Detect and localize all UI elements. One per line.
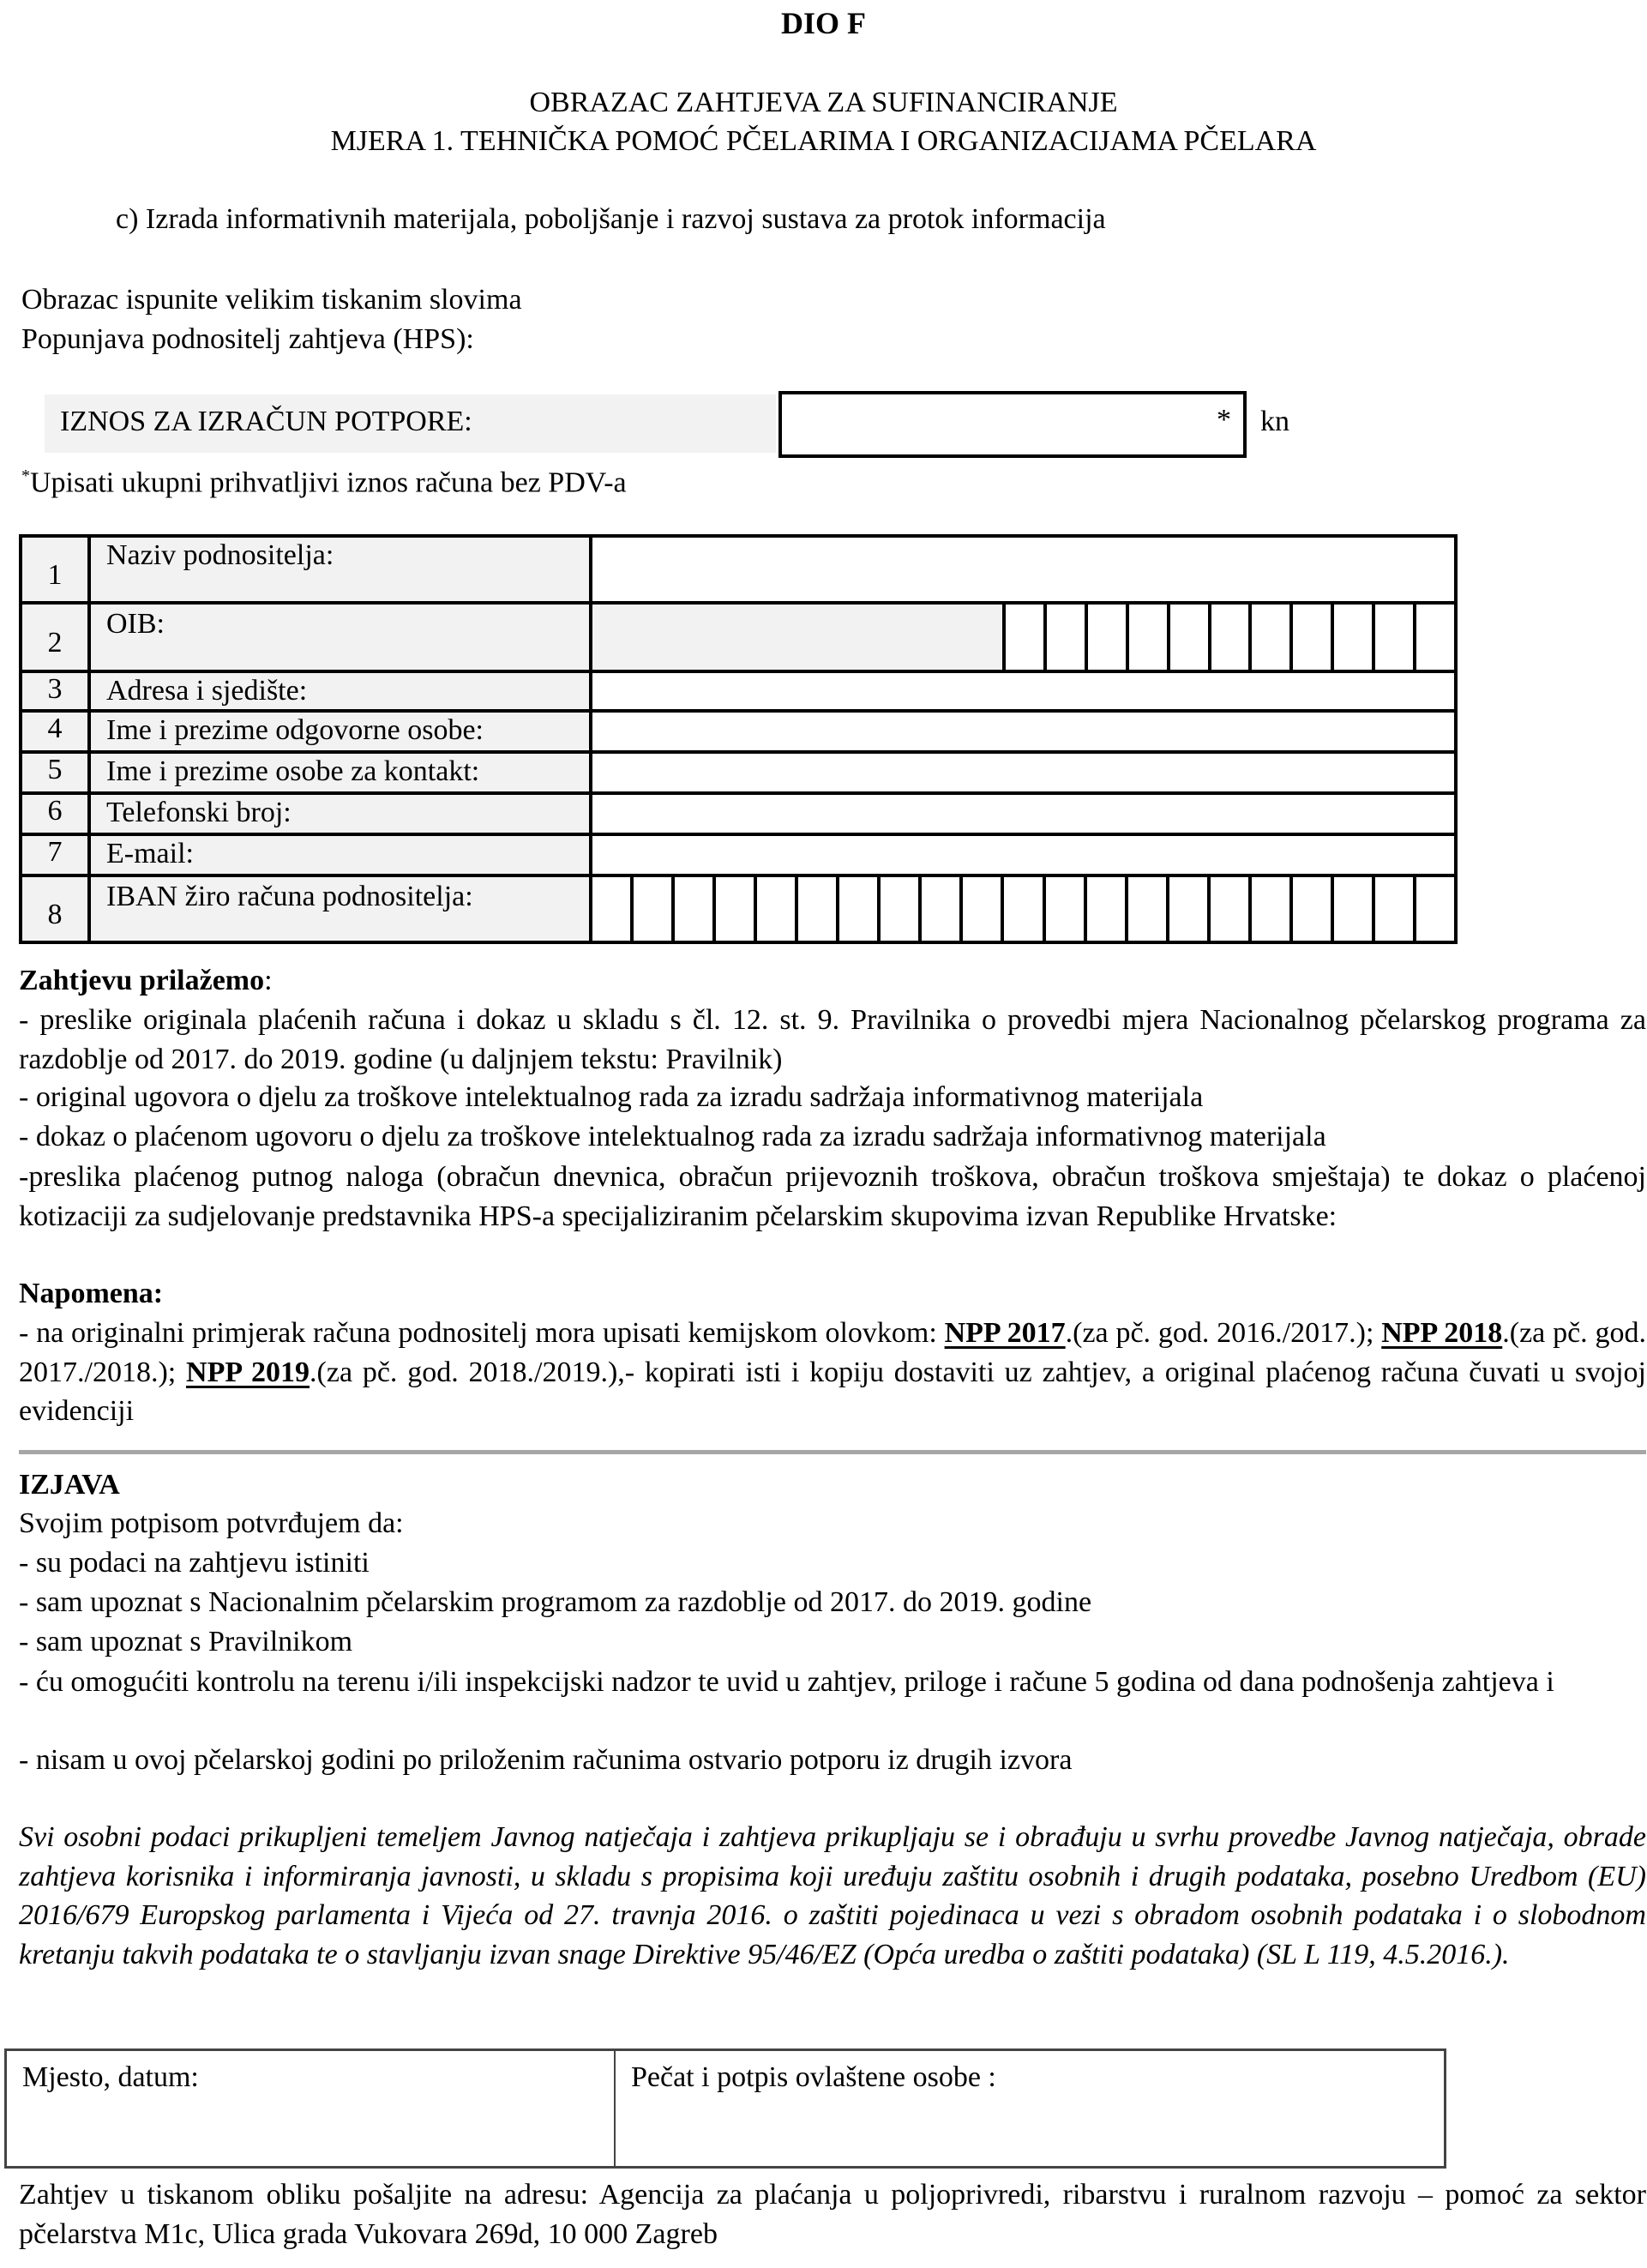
row-number: 5	[21, 752, 89, 793]
row-number: 8	[21, 875, 89, 942]
digit-box[interactable]	[959, 877, 1001, 941]
applicant-row: 8IBAN žiro računa podnositelja:	[21, 875, 1456, 942]
digit-box[interactable]	[795, 877, 836, 941]
digit-box[interactable]	[877, 877, 918, 941]
section-divider	[19, 1450, 1646, 1454]
row-label: Telefonski broj:	[89, 793, 591, 834]
amount-asterisk: *	[1217, 401, 1231, 439]
amount-footnote: *Upisati ukupni prihvatljivi iznos račun…	[21, 457, 627, 502]
row-label: Ime i prezime odgovorne osobe:	[89, 711, 591, 752]
row-number: 2	[21, 603, 89, 671]
row-label: E-mail:	[89, 834, 591, 875]
row-label: Adresa i sjedište:	[89, 671, 591, 711]
digit-box[interactable]	[1372, 605, 1413, 670]
digit-box[interactable]	[754, 877, 795, 941]
digit-box[interactable]	[1413, 877, 1454, 941]
measure-title: MJERA 1. TEHNIČKA POMOĆ PČELARIMA I ORGA…	[0, 123, 1647, 160]
applicant-row: 2OIB:	[21, 603, 1456, 671]
oib-spacer	[591, 603, 1004, 671]
applicant-row: 4Ime i prezime odgovorne osobe:	[21, 711, 1456, 752]
declaration-item-2: - sam upoznat s Nacionalnim pčelarskim p…	[19, 1584, 1091, 1621]
npp-2018: NPP 2018	[1381, 1317, 1502, 1349]
digit-box[interactable]	[630, 877, 671, 941]
digit-box[interactable]	[1043, 605, 1085, 670]
note-text: - na originalni primjerak računa podnosi…	[19, 1314, 1646, 1431]
digit-box[interactable]	[712, 877, 754, 941]
place-date-label: Mjesto, datum:	[22, 2061, 199, 2093]
place-date-cell[interactable]: Mjesto, datum:	[7, 2051, 616, 2166]
row-value-input[interactable]	[591, 711, 1456, 752]
digit-box[interactable]	[1166, 877, 1207, 941]
npp-2017-suffix: .(za pč. god. 2016./2017.);	[1066, 1317, 1382, 1349]
mailing-address: Zahtjev u tiskanom obliku pošaljite na a…	[19, 2175, 1646, 2253]
amount-input[interactable]: *	[778, 391, 1247, 458]
row-value-input[interactable]	[591, 752, 1456, 793]
row-number: 7	[21, 834, 89, 875]
row-number: 1	[21, 536, 89, 603]
amount-label-cell: IZNOS ZA IZRAČUN POTPORE:	[45, 394, 776, 453]
digit-box[interactable]	[1331, 877, 1372, 941]
applicant-row: 6Telefonski broj:	[21, 793, 1456, 834]
digit-box[interactable]	[1413, 605, 1454, 670]
amount-label: IZNOS ZA IZRAČUN POTPORE:	[60, 403, 472, 441]
digit-box[interactable]	[918, 877, 959, 941]
row-number: 4	[21, 711, 89, 752]
digit-box[interactable]	[1372, 877, 1413, 941]
row-value-input[interactable]	[591, 793, 1456, 834]
stamp-signature-cell[interactable]: Pečat i potpis ovlaštene osobe :	[616, 2051, 1444, 2166]
npp-2019: NPP 2019	[186, 1357, 310, 1388]
instruction-uppercase: Obrazac ispunite velikim tiskanim slovim…	[21, 281, 522, 319]
attachment-item-3: - dokaz o plaćenom ugovoru o djelu za tr…	[19, 1118, 1326, 1156]
iban-input[interactable]	[591, 875, 1456, 942]
form-subtitle: c) Izrada informativnih materijala, pobo…	[116, 201, 1106, 238]
digit-box[interactable]	[1043, 877, 1084, 941]
privacy-notice: Svi osobni podaci prikupljeni temeljem J…	[19, 1818, 1646, 1974]
signature-table: Mjesto, datum: Pečat i potpis ovlaštene …	[4, 2048, 1446, 2169]
digit-box[interactable]	[1126, 605, 1167, 670]
attachment-item-2: - original ugovora o djelu za troškove i…	[19, 1079, 1203, 1116]
form-title: OBRAZAC ZAHTJEVA ZA SUFINANCIRANJE	[0, 84, 1647, 122]
row-label: IBAN žiro računa podnositelja:	[89, 875, 591, 942]
note-intro: - na originalni primjerak računa podnosi…	[19, 1317, 945, 1349]
attachment-item-4: -preslika plaćenog putnog naloga (obraču…	[19, 1158, 1646, 1236]
row-label: Ime i prezime osobe za kontakt:	[89, 752, 591, 793]
stamp-signature-label: Pečat i potpis ovlaštene osobe :	[631, 2061, 996, 2093]
row-number: 3	[21, 671, 89, 711]
currency-label: kn	[1260, 403, 1289, 441]
attachments-heading-text: Zahtjevu prilažemo	[19, 965, 264, 996]
attachments-heading-colon: :	[264, 965, 272, 996]
applicant-row: 7E-mail:	[21, 834, 1456, 875]
digit-box[interactable]	[1125, 877, 1166, 941]
declaration-item-4: - ću omogućiti kontrolu na terenu i/ili …	[19, 1663, 1646, 1702]
applicant-row: 1Naziv podnositelja:	[21, 536, 1456, 603]
row-label: Naziv podnositelja:	[89, 536, 591, 603]
digit-box[interactable]	[1085, 605, 1126, 670]
declaration-item-3: - sam upoznat s Pravilnikom	[19, 1623, 352, 1661]
part-title: DIO F	[0, 4, 1647, 42]
declaration-heading: IZJAVA	[19, 1466, 120, 1504]
row-label: OIB:	[89, 603, 591, 671]
row-value-input[interactable]	[591, 671, 1456, 711]
digit-box[interactable]	[592, 877, 630, 941]
digit-box[interactable]	[1006, 605, 1043, 670]
row-value-input[interactable]	[591, 536, 1456, 603]
row-number: 6	[21, 793, 89, 834]
npp-2017: NPP 2017	[945, 1317, 1066, 1349]
digit-box[interactable]	[1289, 605, 1331, 670]
instruction-filled-by: Popunjava podnositelj zahtjeva (HPS):	[21, 321, 474, 358]
attachment-item-1: - preslike originala plaćenih računa i d…	[19, 1001, 1646, 1079]
applicant-row: 5Ime i prezime osobe za kontakt:	[21, 752, 1456, 793]
digit-box[interactable]	[1331, 605, 1372, 670]
applicant-row: 3Adresa i sjedište:	[21, 671, 1456, 711]
digit-box[interactable]	[1248, 877, 1289, 941]
footnote-mark: *	[21, 466, 30, 485]
digit-box[interactable]	[1208, 605, 1249, 670]
declaration-item-5: - nisam u ovoj pčelarskoj godini po pril…	[19, 1742, 1072, 1779]
attachments-heading: Zahtjevu prilažemo:	[19, 962, 273, 1000]
applicant-table: 1Naziv podnositelja:2OIB:3Adresa i sjedi…	[19, 534, 1458, 944]
digit-box[interactable]	[1167, 605, 1208, 670]
digit-box[interactable]	[1207, 877, 1248, 941]
oib-input[interactable]	[1004, 603, 1456, 671]
digit-box[interactable]	[671, 877, 712, 941]
digit-box[interactable]	[1289, 877, 1331, 941]
note-heading: Napomena:	[19, 1275, 163, 1313]
declaration-intro: Svojim potpisom potvrđujem da:	[19, 1505, 404, 1543]
digit-box[interactable]	[1248, 605, 1289, 670]
row-value-input[interactable]	[591, 834, 1456, 875]
footnote-text: Upisati ukupni prihvatljivi iznos računa…	[30, 466, 627, 498]
declaration-item-1: - su podaci na zahtjevu istiniti	[19, 1544, 370, 1582]
digit-box[interactable]	[1084, 877, 1125, 941]
digit-box[interactable]	[836, 877, 877, 941]
digit-box[interactable]	[1001, 877, 1042, 941]
